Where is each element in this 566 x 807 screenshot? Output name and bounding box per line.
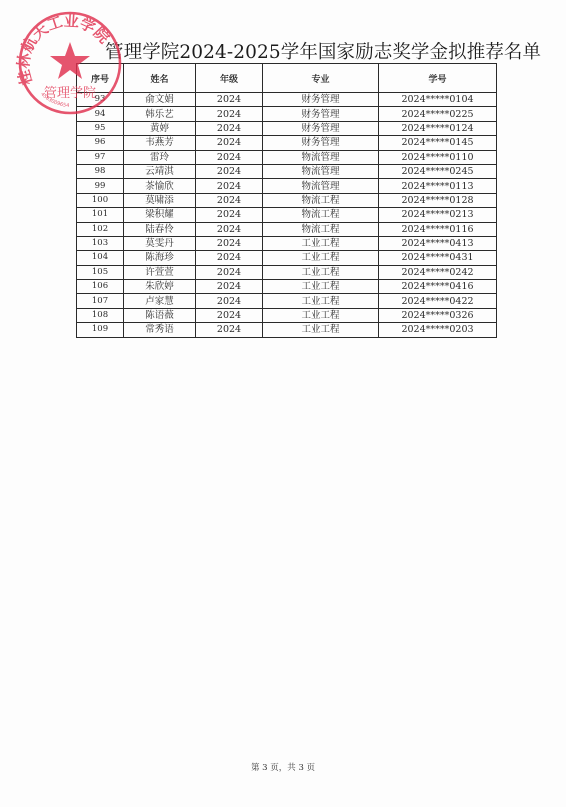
cell-grade: 2024 (196, 164, 263, 178)
page-footer: 第 3 页，共 3 页 (0, 761, 566, 773)
cell-student-id: 2024*****0113 (379, 179, 497, 193)
table-row: 94韩乐艺2024财务管理2024*****0225 (77, 107, 497, 121)
cell-major: 工业工程 (263, 280, 379, 294)
cell-grade: 2024 (196, 308, 263, 322)
cell-grade: 2024 (196, 265, 263, 279)
cell-student-id: 2024*****0413 (379, 236, 497, 250)
table-header-row: 序号 姓名 年级 专业 学号 (77, 64, 497, 93)
cell-name: 陆春伶 (124, 222, 196, 236)
cell-major: 物流工程 (263, 222, 379, 236)
cell-serial: 106 (77, 280, 124, 294)
cell-major: 财务管理 (263, 136, 379, 150)
table-row: 101梁积耀2024物流工程2024*****0213 (77, 208, 497, 222)
cell-major: 工业工程 (263, 308, 379, 322)
cell-name: 黄婷 (124, 121, 196, 135)
cell-student-id: 2024*****0116 (379, 222, 497, 236)
cell-name: 梁积耀 (124, 208, 196, 222)
table-row: 108陈语薇2024工业工程2024*****0326 (77, 308, 497, 322)
cell-student-id: 2024*****0422 (379, 294, 497, 308)
document-title: 管理学院2024-2025学年国家励志奖学金拟推荐名单 (105, 38, 541, 64)
cell-student-id: 2024*****0104 (379, 93, 497, 107)
cell-student-id: 2024*****0203 (379, 323, 497, 337)
cell-major: 工业工程 (263, 251, 379, 265)
cell-serial: 96 (77, 136, 124, 150)
header-major: 专业 (263, 64, 379, 93)
cell-major: 物流管理 (263, 179, 379, 193)
cell-student-id: 2024*****0225 (379, 107, 497, 121)
cell-grade: 2024 (196, 107, 263, 121)
cell-grade: 2024 (196, 121, 263, 135)
cell-student-id: 2024*****0213 (379, 208, 497, 222)
cell-serial: 109 (77, 323, 124, 337)
cell-major: 工业工程 (263, 294, 379, 308)
cell-student-id: 2024*****0416 (379, 280, 497, 294)
cell-major: 物流管理 (263, 164, 379, 178)
table-row: 109常秀语2024工业工程2024*****0203 (77, 323, 497, 337)
cell-student-id: 2024*****0128 (379, 193, 497, 207)
table-row: 93俞文娟2024财务管理2024*****0104 (77, 93, 497, 107)
header-serial: 序号 (77, 64, 124, 93)
cell-serial: 107 (77, 294, 124, 308)
cell-name: 莫雯丹 (124, 236, 196, 250)
cell-grade: 2024 (196, 193, 263, 207)
cell-name: 韩乐艺 (124, 107, 196, 121)
cell-major: 物流工程 (263, 208, 379, 222)
cell-grade: 2024 (196, 280, 263, 294)
cell-name: 韦燕芳 (124, 136, 196, 150)
cell-student-id: 2024*****0242 (379, 265, 497, 279)
table-row: 103莫雯丹2024工业工程2024*****0413 (77, 236, 497, 250)
cell-grade: 2024 (196, 179, 263, 193)
cell-grade: 2024 (196, 323, 263, 337)
cell-name: 茶愉欣 (124, 179, 196, 193)
table-row: 95黄婷2024财务管理2024*****0124 (77, 121, 497, 135)
header-name: 姓名 (124, 64, 196, 93)
cell-serial: 99 (77, 179, 124, 193)
cell-grade: 2024 (196, 136, 263, 150)
header-grade: 年级 (196, 64, 263, 93)
cell-name: 许萱萱 (124, 265, 196, 279)
cell-name: 莫啸添 (124, 193, 196, 207)
cell-serial: 108 (77, 308, 124, 322)
cell-serial: 97 (77, 150, 124, 164)
cell-major: 工业工程 (263, 323, 379, 337)
seal-code: 4503009654 (39, 91, 69, 109)
cell-major: 财务管理 (263, 93, 379, 107)
table-row: 102陆春伶2024物流工程2024*****0116 (77, 222, 497, 236)
cell-serial: 103 (77, 236, 124, 250)
table-row: 104陈海珍2024工业工程2024*****0431 (77, 251, 497, 265)
cell-name: 陈海珍 (124, 251, 196, 265)
cell-grade: 2024 (196, 150, 263, 164)
cell-serial: 101 (77, 208, 124, 222)
table-row: 100莫啸添2024物流工程2024*****0128 (77, 193, 497, 207)
cell-name: 卢家慧 (124, 294, 196, 308)
cell-major: 工业工程 (263, 236, 379, 250)
cell-student-id: 2024*****0110 (379, 150, 497, 164)
cell-serial: 94 (77, 107, 124, 121)
table-row: 99茶愉欣2024物流管理2024*****0113 (77, 179, 497, 193)
cell-student-id: 2024*****0245 (379, 164, 497, 178)
cell-grade: 2024 (196, 236, 263, 250)
cell-student-id: 2024*****0431 (379, 251, 497, 265)
cell-serial: 105 (77, 265, 124, 279)
cell-major: 物流工程 (263, 193, 379, 207)
cell-major: 财务管理 (263, 107, 379, 121)
header-student-id: 学号 (379, 64, 497, 93)
cell-name: 陈语薇 (124, 308, 196, 322)
cell-serial: 93 (77, 93, 124, 107)
cell-name: 云靖淇 (124, 164, 196, 178)
table-row: 105许萱萱2024工业工程2024*****0242 (77, 265, 497, 279)
table-row: 96韦燕芳2024财务管理2024*****0145 (77, 136, 497, 150)
cell-serial: 104 (77, 251, 124, 265)
cell-name: 朱欣婷 (124, 280, 196, 294)
cell-major: 工业工程 (263, 265, 379, 279)
cell-major: 财务管理 (263, 121, 379, 135)
cell-grade: 2024 (196, 208, 263, 222)
cell-name: 雷玲 (124, 150, 196, 164)
cell-name: 俞文娟 (124, 93, 196, 107)
cell-student-id: 2024*****0145 (379, 136, 497, 150)
cell-serial: 95 (77, 121, 124, 135)
table-row: 97雷玲2024物流管理2024*****0110 (77, 150, 497, 164)
table-row: 107卢家慧2024工业工程2024*****0422 (77, 294, 497, 308)
cell-grade: 2024 (196, 222, 263, 236)
cell-grade: 2024 (196, 294, 263, 308)
table-row: 98云靖淇2024物流管理2024*****0245 (77, 164, 497, 178)
cell-grade: 2024 (196, 251, 263, 265)
cell-student-id: 2024*****0326 (379, 308, 497, 322)
cell-major: 物流管理 (263, 150, 379, 164)
cell-serial: 98 (77, 164, 124, 178)
cell-serial: 100 (77, 193, 124, 207)
cell-name: 常秀语 (124, 323, 196, 337)
table-row: 106朱欣婷2024工业工程2024*****0416 (77, 280, 497, 294)
cell-student-id: 2024*****0124 (379, 121, 497, 135)
cell-grade: 2024 (196, 93, 263, 107)
cell-serial: 102 (77, 222, 124, 236)
recommendation-table: 序号 姓名 年级 专业 学号 93俞文娟2024财务管理2024*****010… (76, 63, 497, 338)
